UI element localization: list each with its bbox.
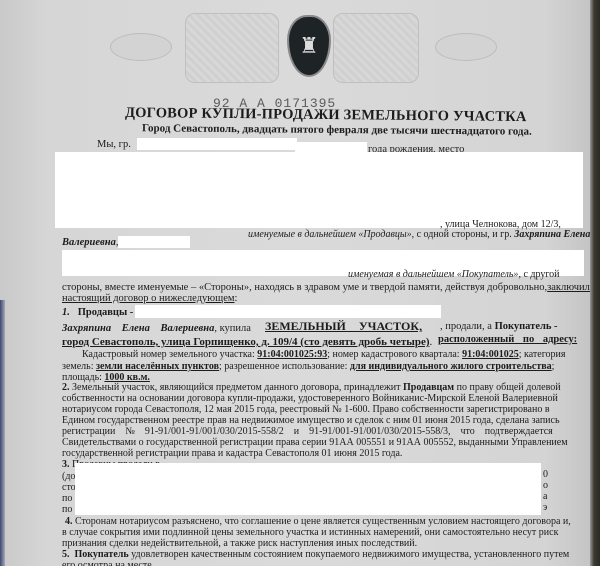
ornament-oval-right <box>435 33 497 61</box>
sellers-designation: именуемые в дальнейшем «Продавцы» <box>248 229 412 240</box>
category-label: ; категория <box>519 349 566 360</box>
buyer-name: Захряпина Елена Валериевна <box>62 323 214 334</box>
clause-text: , купила <box>214 323 251 334</box>
contract-page: ♜ 92 А А 0171395 ДОГОВОР КУПЛИ-ПРОДАЖИ З… <box>0 0 592 566</box>
location-label: расположенный по адресу: <box>438 333 577 346</box>
clause-1-sold: , продали, а Покупатель - <box>440 320 558 333</box>
intro-line-4: именуемая в дальнейшем «Покупатель», с д… <box>348 268 560 281</box>
redaction-box <box>295 142 367 152</box>
intro-text: настоящий договор о нижеследующем <box>62 293 235 304</box>
clause-text: удовлетворен качественным состоянием пок… <box>129 549 570 560</box>
intro-line-3: Валериевна, <box>62 236 118 249</box>
intro-address-end: , улица Челнокова, дом 12/3, <box>440 218 561 231</box>
redaction-box <box>75 463 541 515</box>
object-name: ЗЕМЕЛЬНЫЙ УЧАСТОК, <box>265 319 422 333</box>
redaction-box <box>135 305 441 318</box>
buyer-label: Покупатель - <box>495 321 558 332</box>
document-subtitle: Город Севастополь, двадцать пятого февра… <box>142 122 532 137</box>
notary-emblem-icon: ♜ <box>287 15 331 77</box>
location-text: расположенный по адресу: <box>438 334 577 345</box>
colon: : <box>235 293 238 304</box>
ornament-frame-right <box>333 13 419 83</box>
cadastral-label: Кадастровый номер земельного участка: <box>82 349 255 360</box>
land-plot-label: ЗЕМЕЛЬНЫЙ УЧАСТОК, <box>265 320 422 333</box>
redaction-box <box>118 236 190 248</box>
intro-line-6: настоящий договор о нижеследующем: <box>62 292 237 305</box>
quarter-number: 91:04:001025 <box>462 349 519 360</box>
intro-line-1: Мы, гр. <box>97 138 131 151</box>
clause-5-line-2: его осмотра на месте ... <box>62 559 162 566</box>
ornament-frame-left <box>185 13 279 83</box>
sellers-label: Продавцы - <box>78 307 134 318</box>
clause-1-buyer: Захряпина Елена Валериевна, купила <box>62 322 251 335</box>
address-text: город Севастополь, улица Горпищенко, д. … <box>62 336 430 348</box>
cadastral-number: 91:04:001025:93 <box>257 349 327 360</box>
clause-number: 1. <box>62 307 70 318</box>
permitted-use: для индивидуального жилого строительства <box>350 361 552 372</box>
background-edge <box>0 300 5 566</box>
quarter-label: ; номер кадастрового квартала: <box>327 349 459 360</box>
clause-number: 3. <box>62 459 70 470</box>
buyer-patronymic: Валериевна <box>62 237 116 248</box>
header-ornament: ♜ <box>35 5 565 85</box>
concluded-word: заключили <box>547 281 592 294</box>
background-edge <box>590 0 600 566</box>
clause-3-fragment: э <box>543 501 547 514</box>
intro-text: , с другой <box>518 269 559 280</box>
use-label: ; разрешенное использование: <box>219 361 347 372</box>
clause-text: , продали, а <box>440 321 492 332</box>
ornament-oval-left <box>110 33 172 61</box>
clause-1-header: 1. Продавцы - <box>62 306 133 319</box>
redaction-box <box>55 152 583 228</box>
intro-start: Мы, гр. <box>97 139 131 150</box>
redaction-box <box>137 138 297 150</box>
buyer-designation: именуемая в дальнейшем «Покупатель» <box>348 269 518 280</box>
